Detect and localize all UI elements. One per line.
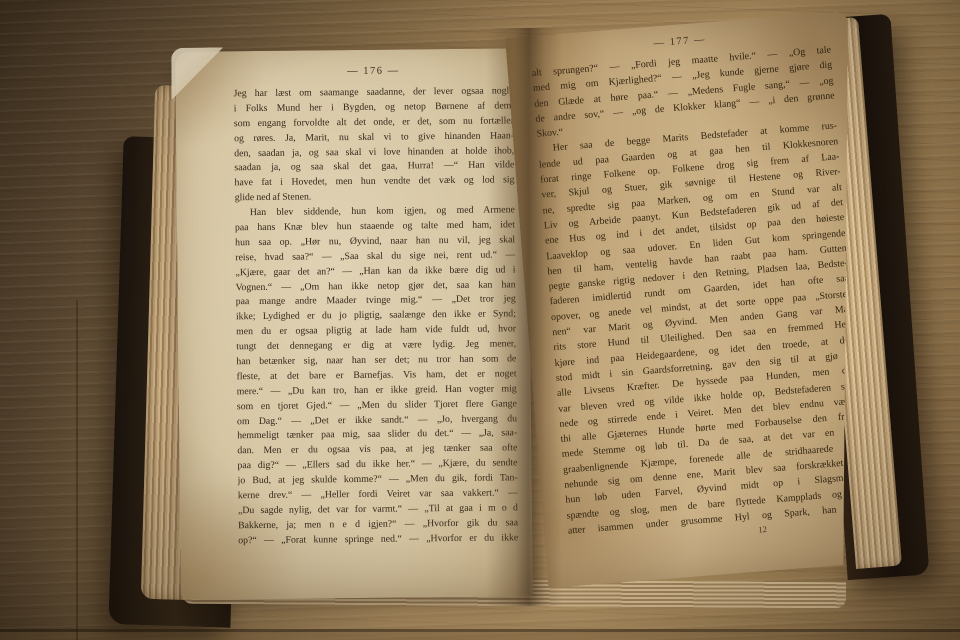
right-page: — 177 — alt sprungen?“ — „Fordi jeg maat…: [505, 11, 891, 588]
page-corner-curl: [171, 47, 224, 100]
page-number-left: — 176 —: [233, 64, 513, 78]
wood-plank-edge: [0, 632, 960, 640]
wood-plank-seam: [76, 300, 78, 640]
left-page: — 176 — Jeg har læst om saamange saadann…: [175, 48, 533, 600]
text-line: op?“ — „Forat kunne springe ned.“ — „Hvo…: [238, 531, 518, 549]
photo-of-open-book: — 176 — Jeg har læst om saamange saadann…: [0, 0, 960, 640]
left-page-text: Jeg har læst om saamange saadanne, der l…: [234, 84, 519, 549]
right-page-text: alt sprungen?“ — „Fordi jeg maatte hvile…: [531, 42, 867, 538]
